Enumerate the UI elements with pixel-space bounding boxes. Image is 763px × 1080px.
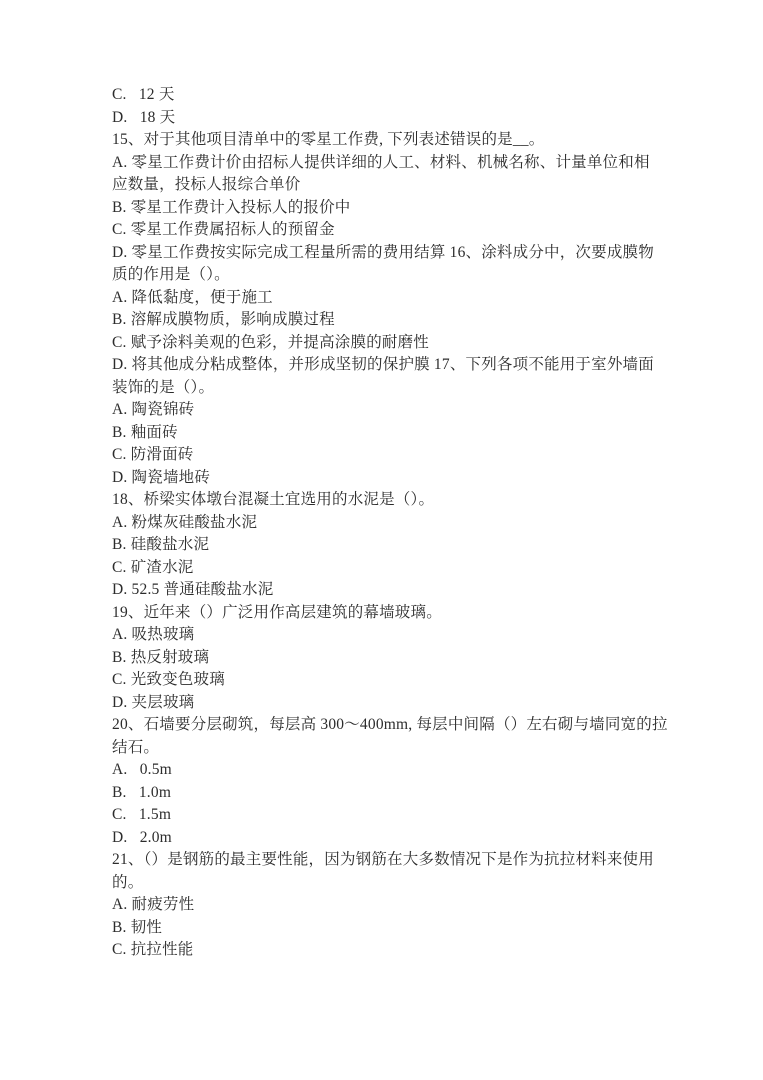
continuation-line: 结石。	[112, 737, 672, 760]
option-line: D. 2.0m	[112, 827, 672, 850]
option-line: D. 夹层玻璃	[112, 692, 672, 715]
text-column: C. 12 天D. 18 天15、对于其他项目清单中的零星工作费, 下列表述错误…	[112, 84, 672, 962]
question-line: 21、（）是钢筋的最主要性能，因为钢筋在大多数情况下是作为抗拉材料来使用	[112, 849, 672, 872]
option-line: C. 1.5m	[112, 804, 672, 827]
option-line: C. 赋予涂料美观的色彩，并提高涂膜的耐磨性	[112, 332, 672, 355]
option-line: C. 防滑面砖	[112, 444, 672, 467]
document-page: C. 12 天D. 18 天15、对于其他项目清单中的零星工作费, 下列表述错误…	[0, 0, 763, 1080]
option-line: A. 0.5m	[112, 759, 672, 782]
option-line: B. 溶解成膜物质，影响成膜过程	[112, 309, 672, 332]
option-line: A. 吸热玻璃	[112, 624, 672, 647]
option-line: A. 耐疲劳性	[112, 894, 672, 917]
option-line: D. 零星工作费按实际完成工程量所需的费用结算 16、涂料成分中，次要成膜物	[112, 242, 672, 265]
option-line: D. 18 天	[112, 107, 672, 130]
option-line: A. 粉煤灰硅酸盐水泥	[112, 512, 672, 535]
option-line: A. 陶瓷锦砖	[112, 399, 672, 422]
question-line: 15、对于其他项目清单中的零星工作费, 下列表述错误的是__。	[112, 129, 672, 152]
option-line: B. 1.0m	[112, 782, 672, 805]
continuation-line: 质的作用是（）。	[112, 264, 672, 287]
option-line: B. 釉面砖	[112, 422, 672, 445]
continuation-line: 的。	[112, 872, 672, 895]
question-line: 20、石墙要分层砌筑，每层高 300～400mm, 每层中间隔（）左右砌与墙同宽…	[112, 714, 672, 737]
option-line: D. 陶瓷墙地砖	[112, 467, 672, 490]
option-line: B. 热反射玻璃	[112, 647, 672, 670]
question-line: 19、近年来（）广泛用作高层建筑的幕墙玻璃。	[112, 602, 672, 625]
option-line: C. 光致变色玻璃	[112, 669, 672, 692]
option-line: C. 零星工作费属招标人的预留金	[112, 219, 672, 242]
option-line: B. 韧性	[112, 917, 672, 940]
option-line: A. 降低黏度，便于施工	[112, 287, 672, 310]
option-line: C. 抗拉性能	[112, 939, 672, 962]
continuation-line: 应数量，投标人报综合单价	[112, 174, 672, 197]
continuation-line: 装饰的是（）。	[112, 377, 672, 400]
option-line: C. 12 天	[112, 84, 672, 107]
option-line: B. 硅酸盐水泥	[112, 534, 672, 557]
question-line: 18、桥梁实体墩台混凝土宜选用的水泥是（）。	[112, 489, 672, 512]
option-line: D. 将其他成分粘成整体，并形成坚韧的保护膜 17、下列各项不能用于室外墙面	[112, 354, 672, 377]
option-line: A. 零星工作费计价由招标人提供详细的人工、材料、机械名称、计量单位和相	[112, 152, 672, 175]
option-line: B. 零星工作费计入投标人的报价中	[112, 197, 672, 220]
option-line: C. 矿渣水泥	[112, 557, 672, 580]
option-line: D. 52.5 普通硅酸盐水泥	[112, 579, 672, 602]
